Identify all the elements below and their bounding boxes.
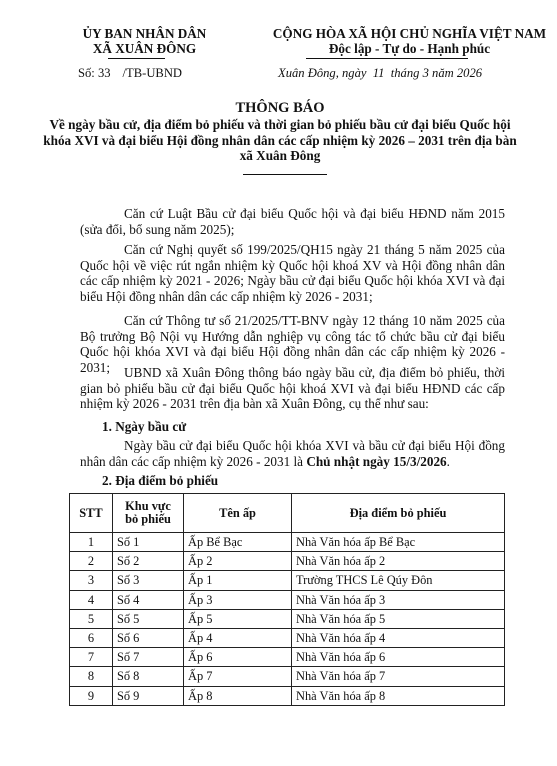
section-1-heading: 1. Ngày bầu cử — [102, 419, 186, 435]
cell-polling-location: Nhà Văn hóa ấp 8 — [292, 686, 505, 705]
table-row: 3Số 3Ấp 1Trường THCS Lê Qúy Đôn — [70, 571, 505, 590]
paragraph-legal-basis-1: Căn cứ Luật Bầu cử đại biểu Quốc hội và … — [80, 206, 505, 237]
table-row: 6Số 6Ấp 4Nhà Văn hóa ấp 4 — [70, 628, 505, 647]
table-row: 1Số 1Ấp Bể BạcNhà Văn hóa ấp Bể Bạc — [70, 533, 505, 552]
paragraph-text: Căn cứ Luật Bầu cử đại biểu Quốc hội và … — [80, 206, 505, 237]
cell-stt: 7 — [70, 648, 113, 667]
cell-stt: 6 — [70, 628, 113, 647]
cell-stt: 2 — [70, 552, 113, 571]
election-date: Chủ nhật ngày 15/3/2026 — [306, 454, 446, 469]
cell-hamlet-name: Ấp Bể Bạc — [184, 533, 292, 552]
motto-underline — [306, 58, 468, 59]
table-row: 2Số 2Ấp 2Nhà Văn hóa ấp 2 — [70, 552, 505, 571]
cell-polling-area: Số 7 — [113, 648, 184, 667]
table-row: 5Số 5Ấp 5Nhà Văn hóa ấp 5 — [70, 609, 505, 628]
cell-polling-area: Số 4 — [113, 590, 184, 609]
cell-polling-area: Số 9 — [113, 686, 184, 705]
header-polling-area: Khu vực bỏ phiếu — [113, 494, 184, 533]
period: . — [447, 454, 450, 469]
cell-hamlet-name: Ấp 2 — [184, 552, 292, 571]
paragraph-announcement: UBND xã Xuân Đông thông báo ngày bầu cử,… — [80, 365, 505, 412]
cell-polling-area: Số 1 — [113, 533, 184, 552]
cell-polling-location: Nhà Văn hóa ấp 5 — [292, 609, 505, 628]
cell-stt: 8 — [70, 667, 113, 686]
cell-stt: 9 — [70, 686, 113, 705]
cell-polling-location: Trường THCS Lê Qúy Đôn — [292, 571, 505, 590]
date-line: Xuân Đông, ngày 11 tháng 3 năm 2026 — [278, 66, 482, 81]
authority-line-2: XÃ XUÂN ĐÔNG — [52, 41, 237, 56]
section-2-heading: 2. Địa điểm bỏ phiếu — [102, 473, 218, 489]
cell-hamlet-name: Ấp 4 — [184, 628, 292, 647]
document-title: THÔNG BÁO — [40, 100, 520, 117]
cell-polling-location: Nhà Văn hóa ấp 4 — [292, 628, 505, 647]
section-1-text: Ngày bầu cử đại biểu Quốc hội khóa XVI v… — [80, 438, 505, 469]
table-row: 8Số 8Ấp 7Nhà Văn hóa ấp 7 — [70, 667, 505, 686]
cell-polling-area: Số 2 — [113, 552, 184, 571]
doc-number-suffix: /TB-UBND — [123, 66, 182, 80]
polling-locations-table: STT Khu vực bỏ phiếu Tên ấp Địa điểm bỏ … — [69, 493, 505, 706]
table-header-row: STT Khu vực bỏ phiếu Tên ấp Địa điểm bỏ … — [70, 494, 505, 533]
cell-stt: 3 — [70, 571, 113, 590]
cell-polling-location: Nhà Văn hóa ấp 7 — [292, 667, 505, 686]
national-motto: CỘNG HÒA XÃ HỘI CHỦ NGHĨA VIỆT NAM Độc l… — [262, 26, 557, 56]
table-row: 9Số 9Ấp 8Nhà Văn hóa ấp 8 — [70, 686, 505, 705]
table-row: 7Số 7Ấp 6Nhà Văn hóa ấp 6 — [70, 648, 505, 667]
issuing-authority: ỦY BAN NHÂN DÂN XÃ XUÂN ĐÔNG — [52, 26, 237, 56]
paragraph-text: Căn cứ Nghị quyết số 199/2025/QH15 ngày … — [80, 242, 505, 304]
cell-polling-area: Số 8 — [113, 667, 184, 686]
cell-stt: 1 — [70, 533, 113, 552]
document-number: Số: 33/TB-UBND — [78, 66, 182, 81]
cell-hamlet-name: Ấp 5 — [184, 609, 292, 628]
cell-stt: 5 — [70, 609, 113, 628]
cell-hamlet-name: Ấp 8 — [184, 686, 292, 705]
doc-number-prefix: Số: 33 — [78, 66, 111, 80]
table-row: 4Số 4Ấp 3Nhà Văn hóa ấp 3 — [70, 590, 505, 609]
cell-polling-location: Nhà Văn hóa ấp Bể Bạc — [292, 533, 505, 552]
cell-polling-location: Nhà Văn hóa ấp 3 — [292, 590, 505, 609]
document-subtitle: Về ngày bầu cử, địa điểm bỏ phiếu và thờ… — [40, 117, 520, 164]
cell-polling-area: Số 6 — [113, 628, 184, 647]
paragraph-text: UBND xã Xuân Đông thông báo ngày bầu cử,… — [80, 365, 505, 411]
cell-hamlet-name: Ấp 6 — [184, 648, 292, 667]
cell-polling-area: Số 3 — [113, 571, 184, 590]
cell-hamlet-name: Ấp 7 — [184, 667, 292, 686]
authority-line-1: ỦY BAN NHÂN DÂN — [52, 26, 237, 41]
cell-polling-location: Nhà Văn hóa ấp 2 — [292, 552, 505, 571]
paragraph-legal-basis-2: Căn cứ Nghị quyết số 199/2025/QH15 ngày … — [80, 242, 505, 305]
authority-underline — [108, 58, 165, 59]
cell-stt: 4 — [70, 590, 113, 609]
title-underline — [243, 174, 327, 175]
motto-line-2: Độc lập - Tự do - Hạnh phúc — [262, 41, 557, 56]
cell-hamlet-name: Ấp 3 — [184, 590, 292, 609]
cell-hamlet-name: Ấp 1 — [184, 571, 292, 590]
motto-line-1: CỘNG HÒA XÃ HỘI CHỦ NGHĨA VIỆT NAM — [262, 26, 557, 41]
header-hamlet-name: Tên ấp — [184, 494, 292, 533]
cell-polling-area: Số 5 — [113, 609, 184, 628]
header-polling-location: Địa điểm bỏ phiếu — [292, 494, 505, 533]
header-stt: STT — [70, 494, 113, 533]
cell-polling-location: Nhà Văn hóa ấp 6 — [292, 648, 505, 667]
